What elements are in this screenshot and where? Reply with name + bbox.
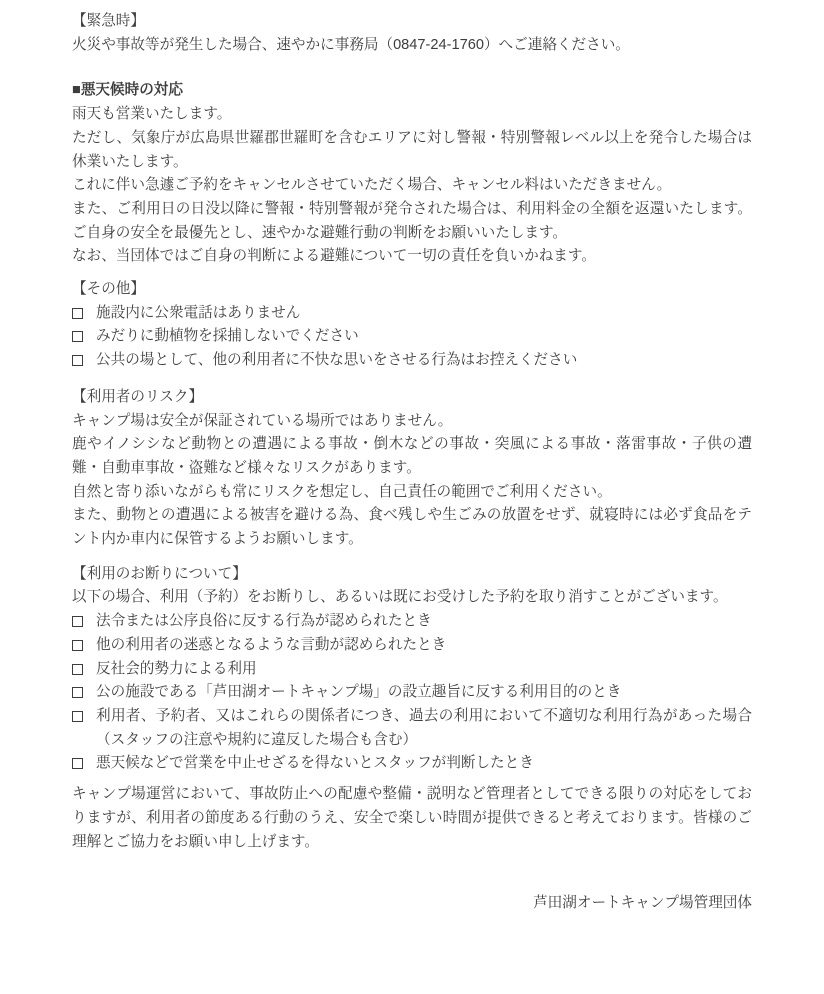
list-item: 公の施設である「芦田湖オートキャンプ場」の設立趣旨に反する利用目的のとき [72, 681, 752, 705]
bad-weather-paragraph: なお、当団体ではご自身の判断による避難について一切の責任を負いかねます。 [72, 245, 752, 269]
signature: 芦田湖オートキャンプ場管理団体 [72, 892, 752, 916]
list-item-text: 反社会的勢力による利用 [96, 658, 752, 682]
list-item-text: 公共の場として、他の利用者に不快な思いをさせる行為はお控えください [96, 349, 752, 373]
list-item-text: 他の利用者の迷惑となるような言動が認められたとき [96, 634, 752, 658]
checkbox-icon [72, 331, 83, 342]
section-emergency: 【緊急時】 火災や事故等が発生した場合、速やかに事務局（0847-24-1760… [72, 10, 752, 57]
emergency-heading: 【緊急時】 [72, 10, 752, 34]
checkbox-icon [72, 355, 83, 366]
checkbox-icon [72, 308, 83, 319]
section-bad-weather: ■悪天候時の対応 雨天も営業いたします。 ただし、気象庁が広島県世羅郡世羅町を含… [72, 79, 752, 269]
list-item-text: みだりに動植物を採捕しないでください [96, 325, 752, 349]
list-item-text: 悪天候などで営業を中止せざるを得ないとスタッフが判断したとき [96, 752, 752, 776]
bad-weather-paragraph: これに伴い急遽ご予約をキャンセルさせていただく場合、キャンセル料はいただきません… [72, 174, 752, 198]
closing-paragraph: キャンプ場運営において、事故防止への配慮や整備・説明など管理者としてできる限りの… [72, 783, 752, 854]
list-item-text: 法令または公序良俗に反する行為が認められたとき [96, 610, 752, 634]
checkbox-icon [72, 640, 83, 651]
list-item: 公共の場として、他の利用者に不快な思いをさせる行為はお控えください [72, 349, 752, 373]
bad-weather-paragraph: ただし、気象庁が広島県世羅郡世羅町を含むエリアに対し警報・特別警報レベル以上を発… [72, 127, 752, 174]
list-item-text: 施設内に公衆電話はありません [96, 302, 752, 326]
list-item-text: 利用者、予約者、又はこれらの関係者につき、過去の利用において不適切な利用行為があ… [96, 705, 752, 752]
checkbox-icon [72, 616, 83, 627]
risk-paragraph: また、動物との遭遇による被害を避ける為、食べ残しや生ごみの放置をせず、就寝時には… [72, 504, 752, 551]
list-item: 利用者、予約者、又はこれらの関係者につき、過去の利用において不適切な利用行為があ… [72, 705, 752, 752]
document-page: { "page": { "background": "#ffffff", "te… [0, 0, 824, 994]
checkbox-icon [72, 687, 83, 698]
risk-paragraph: キャンプ場は安全が保証されている場所ではありません。 [72, 410, 752, 434]
section-risk: 【利用者のリスク】 キャンプ場は安全が保証されている場所ではありません。 鹿やイ… [72, 386, 752, 552]
risk-paragraph: 鹿やイノシシなど動物との遭遇による事故・倒木などの事故・突風による事故・落雷事故… [72, 433, 752, 480]
bad-weather-heading: ■悪天候時の対応 [72, 79, 752, 103]
list-item: 反社会的勢力による利用 [72, 658, 752, 682]
checkbox-icon [72, 758, 83, 769]
bad-weather-paragraph: また、ご利用日の日没以降に警報・特別警報が発令された場合は、利用料金の全額を返還… [72, 198, 752, 245]
list-item: 悪天候などで営業を中止せざるを得ないとスタッフが判断したとき [72, 752, 752, 776]
list-item: 施設内に公衆電話はありません [72, 302, 752, 326]
section-refusal: 【利用のお断りについて】 以下の場合、利用（予約）をお断りし、あるいは既にお受け… [72, 563, 752, 776]
bad-weather-paragraph: 雨天も営業いたします。 [72, 103, 752, 127]
list-item: 他の利用者の迷惑となるような言動が認められたとき [72, 634, 752, 658]
checkbox-icon [72, 711, 83, 722]
refusal-intro: 以下の場合、利用（予約）をお断りし、あるいは既にお受けした予約を取り消すことがご… [72, 586, 752, 610]
list-item: 法令または公序良俗に反する行為が認められたとき [72, 610, 752, 634]
other-heading: 【その他】 [72, 278, 752, 302]
list-item-text: 公の施設である「芦田湖オートキャンプ場」の設立趣旨に反する利用目的のとき [96, 681, 752, 705]
emergency-body: 火災や事故等が発生した場合、速やかに事務局（0847-24-1760）へご連絡く… [72, 34, 752, 58]
risk-heading: 【利用者のリスク】 [72, 386, 752, 410]
section-closing: キャンプ場運営において、事故防止への配慮や整備・説明など管理者としてできる限りの… [72, 783, 752, 854]
section-other: 【その他】 施設内に公衆電話はありません みだりに動植物を採捕しないでください … [72, 278, 752, 373]
risk-paragraph: 自然と寄り添いながらも常にリスクを想定し、自己責任の範囲でご利用ください。 [72, 481, 752, 505]
list-item: みだりに動植物を採捕しないでください [72, 325, 752, 349]
checkbox-icon [72, 664, 83, 675]
refusal-heading: 【利用のお断りについて】 [72, 563, 752, 587]
